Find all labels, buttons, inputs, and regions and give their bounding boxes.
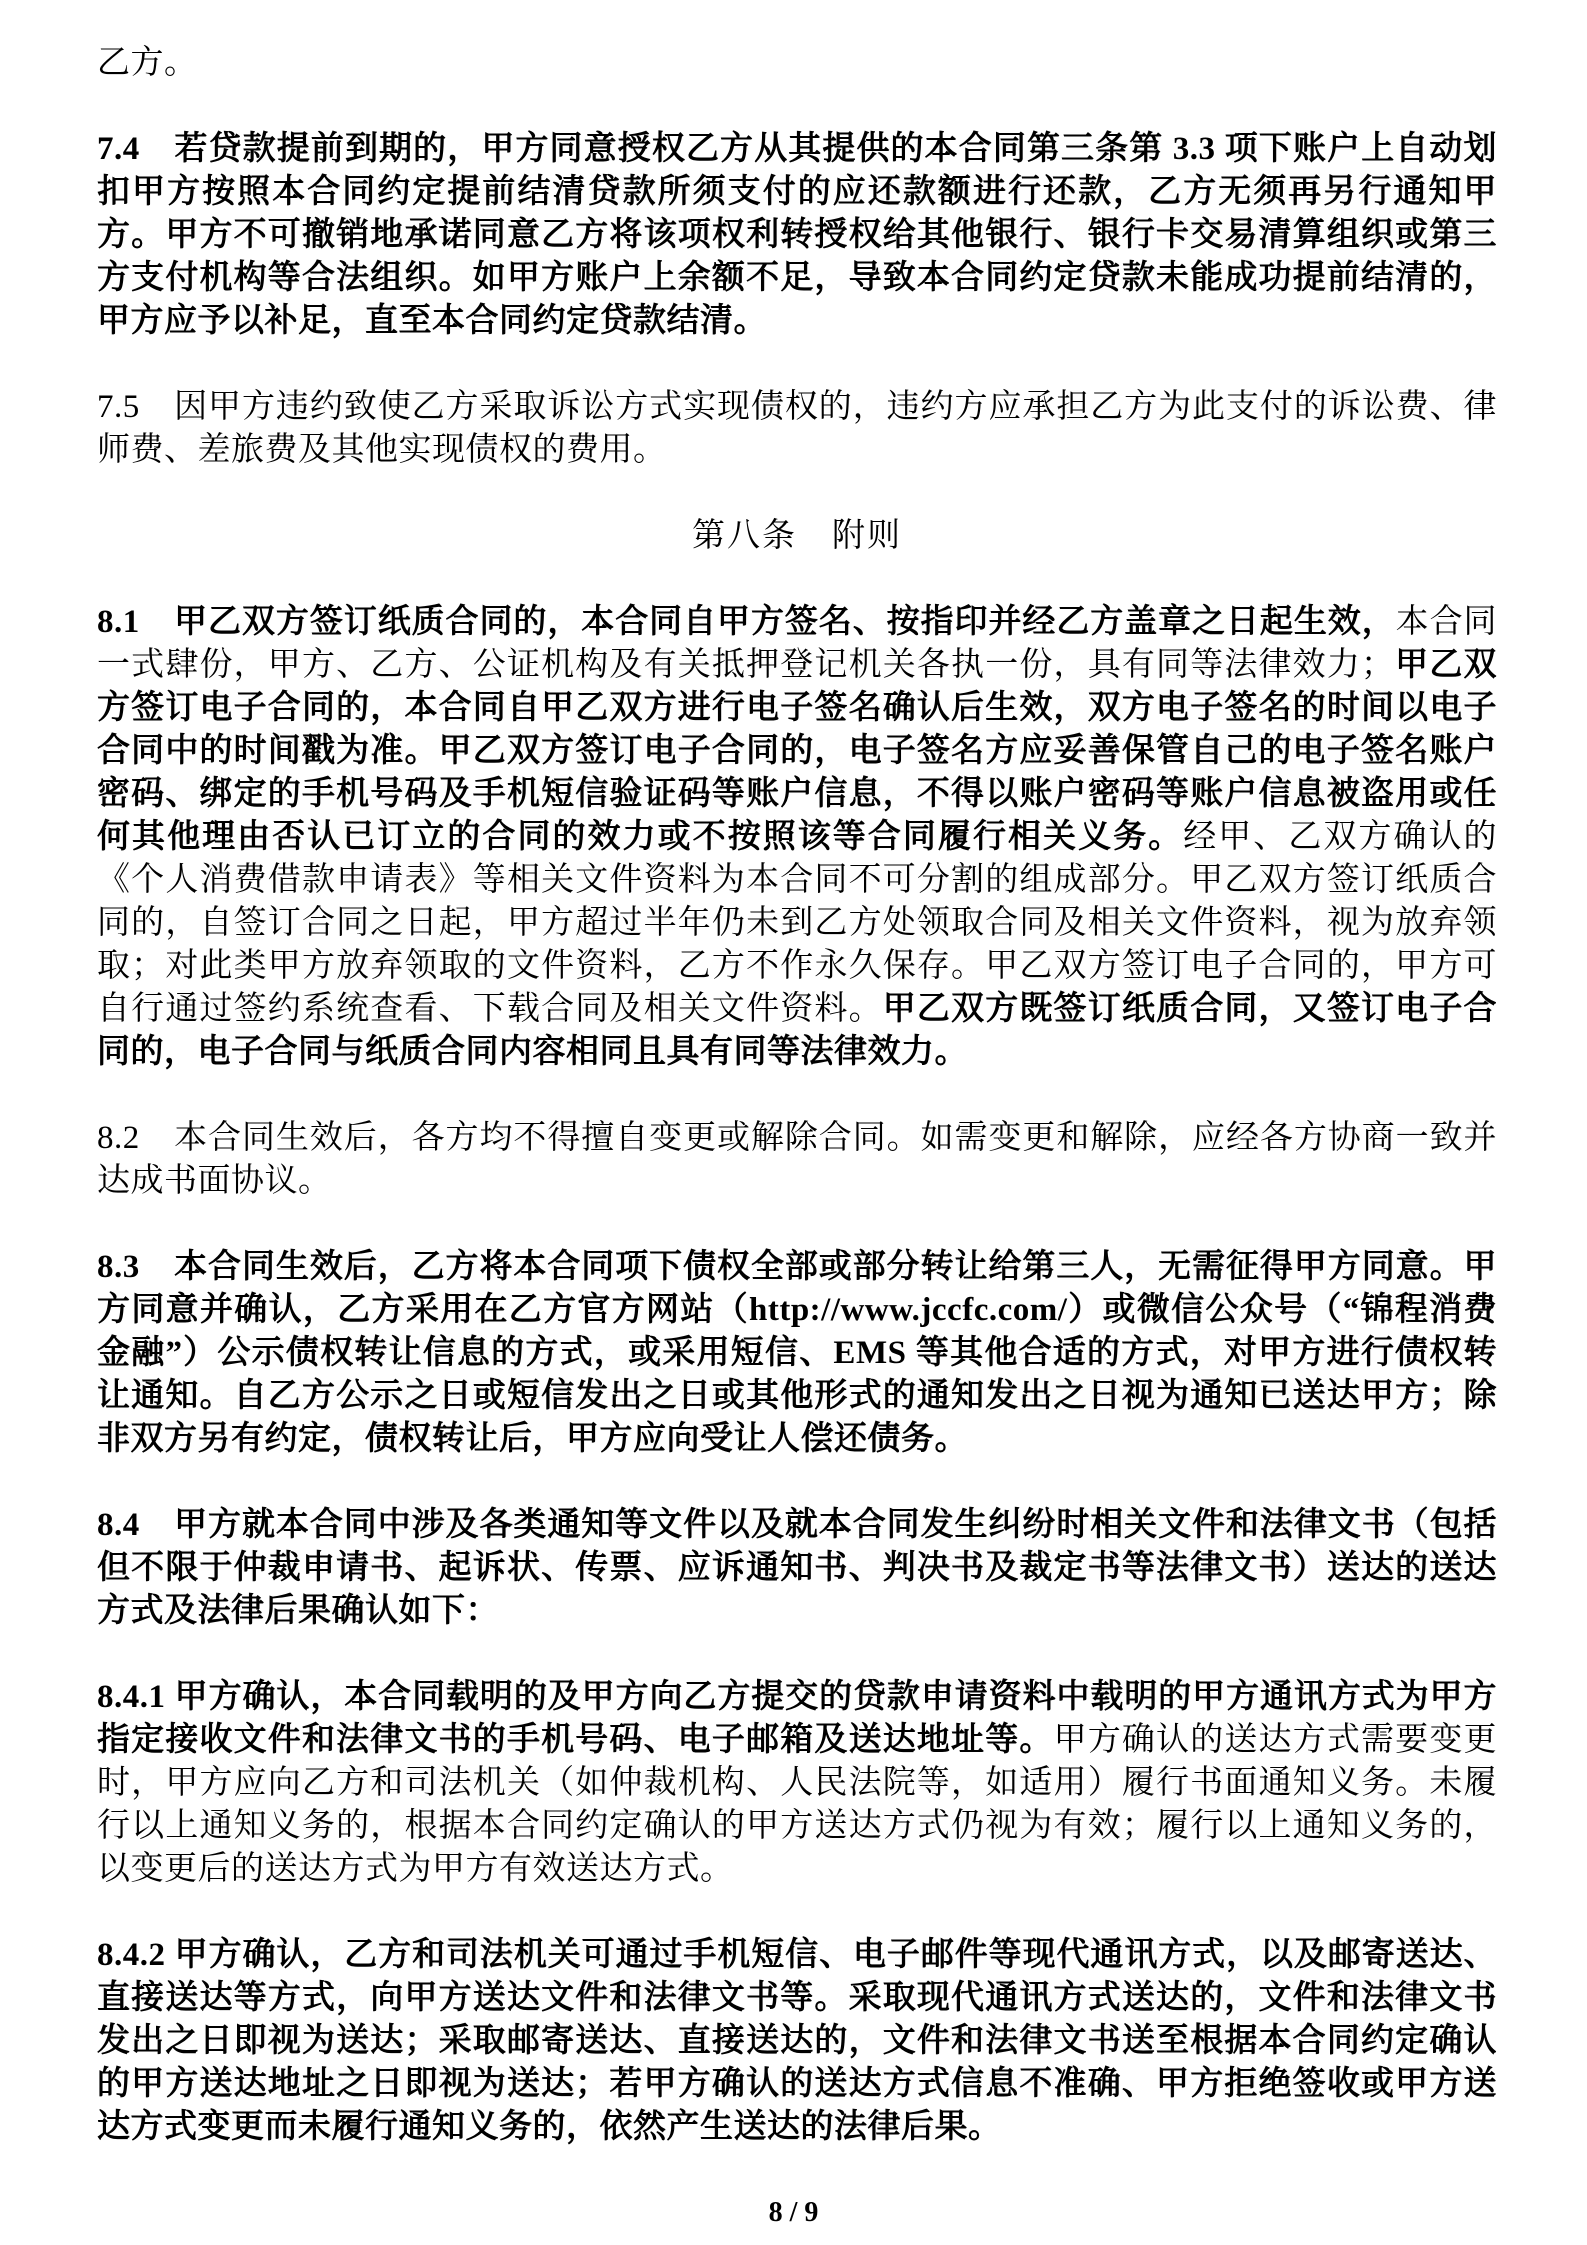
clause-8-3: 8.3 本合同生效后，乙方将本合同项下债权全部或部分转让给第三人，无需征得甲方同… (97, 1246, 1497, 1461)
clause-7-4-text: 7.4 若贷款提前到期的，甲方同意授权乙方从其提供的本合同第三条第 3.3 项下… (97, 131, 1497, 339)
clause-7-5: 7.5 因甲方违约致使乙方采取诉讼方式实现债权的，违约方应承担乙方为此支付的诉讼… (97, 386, 1497, 472)
clause-8-4-2: 8.4.2 甲方确认，乙方和司法机关可通过手机短信、电子邮件等现代通讯方式，以及… (97, 1934, 1497, 2149)
clause-8-3-text: 8.3 本合同生效后，乙方将本合同项下债权全部或部分转让给第三人，无需征得甲方同… (97, 1249, 1497, 1457)
clause-7-5-text: 7.5 因甲方违约致使乙方采取诉讼方式实现债权的，违约方应承担乙方为此支付的诉讼… (97, 389, 1497, 468)
continuation-text: 乙方。 (97, 45, 198, 81)
clause-8-4-2-text: 8.4.2 甲方确认，乙方和司法机关可通过手机短信、电子邮件等现代通讯方式，以及… (97, 1937, 1497, 2145)
clause-8-4-1: 8.4.1 甲方确认，本合同载明的及甲方向乙方提交的贷款申请资料中载明的甲方通讯… (97, 1676, 1497, 1891)
clause-7-4: 7.4 若贷款提前到期的，甲方同意授权乙方从其提供的本合同第三条第 3.3 项下… (97, 128, 1497, 343)
section-8-heading-text: 第八条 附则 (692, 518, 902, 554)
page-number: 8 / 9 (0, 2197, 1587, 2229)
clause-8-4: 8.4 甲方就本合同中涉及各类通知等文件以及就本合同发生纠纷时相关文件和法律文书… (97, 1504, 1497, 1633)
page-number-text: 8 / 9 (769, 2197, 819, 2228)
clause-8-1: 8.1 甲乙双方签订纸质合同的，本合同自甲方签名、按指印并经乙方盖章之日起生效，… (97, 601, 1497, 1074)
paragraph-continuation: 乙方。 (97, 42, 1497, 85)
document-body: 乙方。 7.4 若贷款提前到期的，甲方同意授权乙方从其提供的本合同第三条第 3.… (97, 42, 1497, 2192)
section-8-heading: 第八条 附则 (97, 515, 1497, 558)
clause-8-1-run-1: 8.1 甲乙双方签订纸质合同的，本合同自甲方签名、按指印并经乙方盖章之日起生效， (97, 604, 1396, 640)
clause-8-2: 8.2 本合同生效后，各方均不得擅自变更或解除合同。如需变更和解除，应经各方协商… (97, 1117, 1497, 1203)
clause-8-4-text: 8.4 甲方就本合同中涉及各类通知等文件以及就本合同发生纠纷时相关文件和法律文书… (97, 1507, 1497, 1629)
clause-8-2-text: 8.2 本合同生效后，各方均不得擅自变更或解除合同。如需变更和解除，应经各方协商… (97, 1120, 1497, 1199)
contract-document-page: 乙方。 7.4 若贷款提前到期的，甲方同意授权乙方从其提供的本合同第三条第 3.… (0, 0, 1587, 2245)
